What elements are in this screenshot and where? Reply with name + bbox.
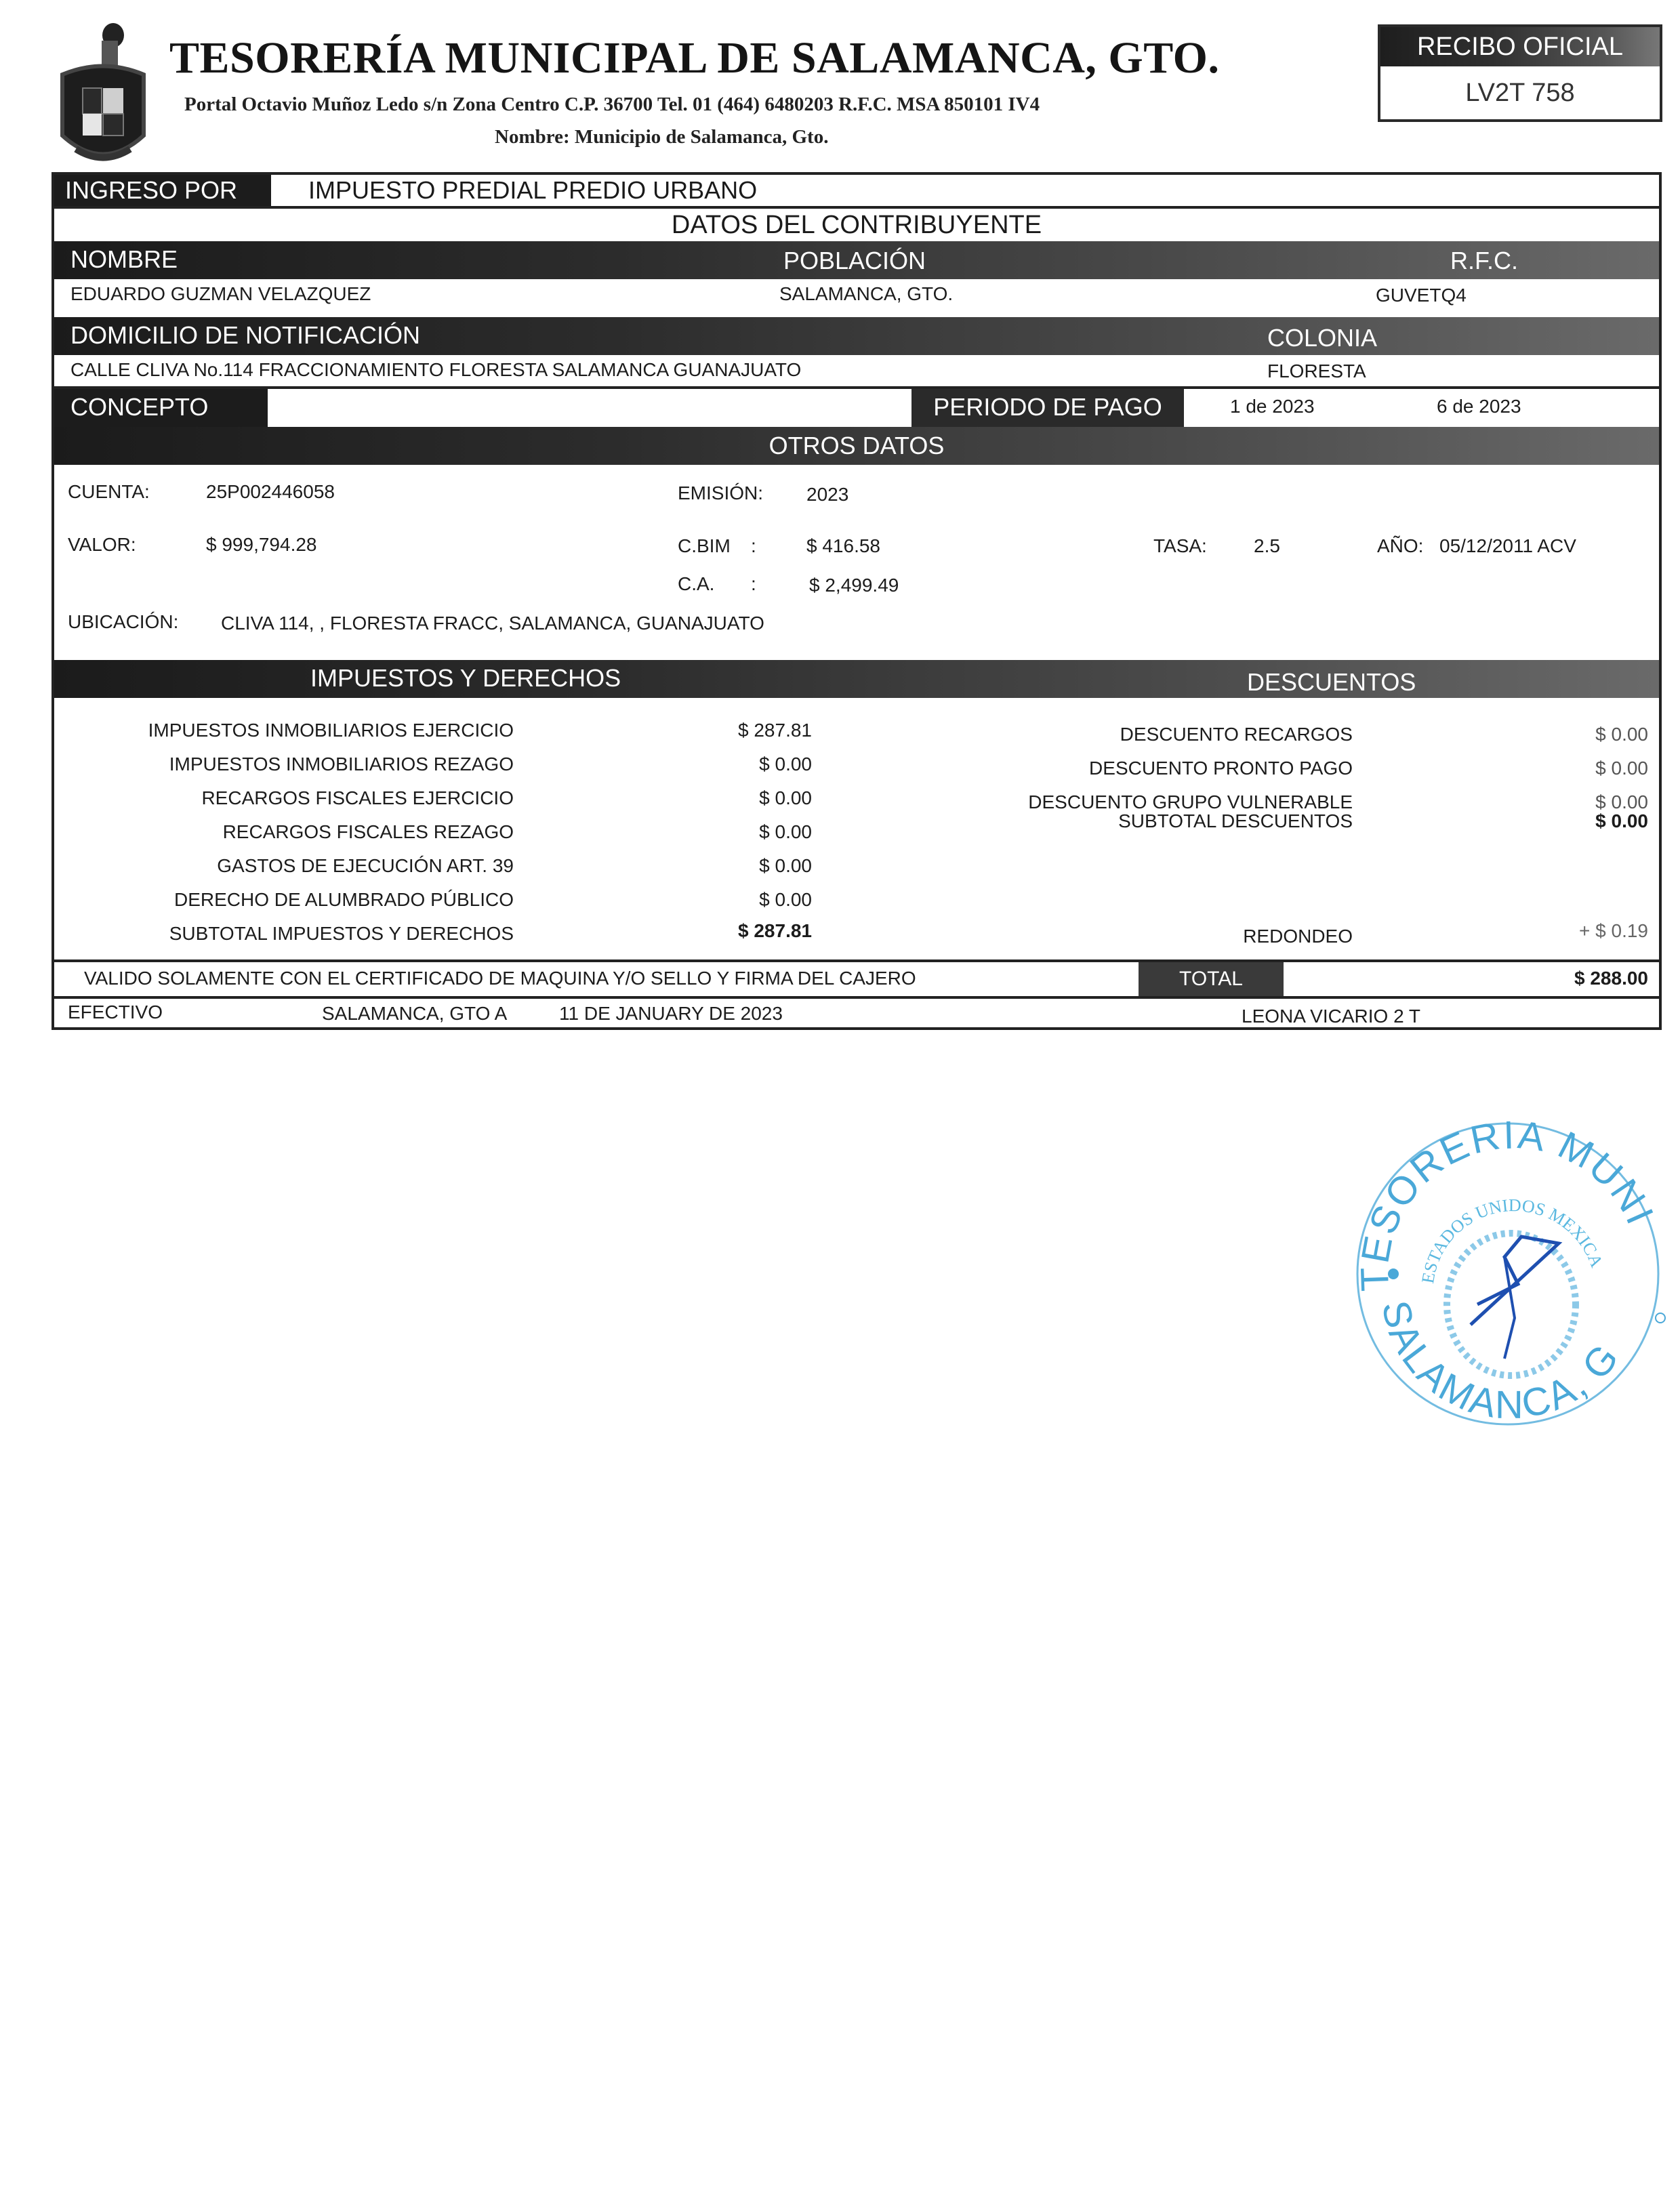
impuestos-subtotal-label: SUBTOTAL IMPUESTOS Y DERECHOS (169, 923, 514, 945)
cbim-value: $ 416.58 (806, 535, 880, 557)
periodo-label: PERIODO DE PAGO (911, 389, 1184, 427)
cuenta-label: CUENTA: (68, 481, 150, 503)
ingreso-value: IMPUESTO PREDIAL PREDIO URBANO (308, 175, 757, 206)
receipt-form: INGRESO POR IMPUESTO PREDIAL PREDIO URBA… (52, 172, 1662, 1030)
domicilio-header: DOMICILIO DE NOTIFICACIÓN (70, 317, 420, 354)
impuesto-amount: $ 0.00 (759, 754, 812, 775)
nombre-header: NOMBRE (70, 241, 178, 278)
impuesto-label: DERECHO DE ALUMBRADO PÚBLICO (174, 889, 514, 911)
domicilio-value: CALLE CLIVA No.114 FRACCIONAMIENTO FLORE… (70, 359, 801, 381)
descuento-label: DESCUENTO RECARGOS (1120, 724, 1353, 745)
impuestos-title: IMPUESTOS Y DERECHOS (310, 660, 621, 697)
impuesto-amount: $ 0.00 (759, 787, 812, 809)
concepto-label: CONCEPTO (54, 389, 268, 427)
cbim-colon: : (751, 535, 756, 557)
descuento-amount: $ 0.00 (1595, 724, 1648, 745)
emision-value: 2023 (806, 484, 848, 505)
descuentos-title: DESCUENTOS (1247, 664, 1416, 701)
issuer-name: Nombre: Municipio de Salamanca, Gto. (495, 126, 828, 148)
official-seal-icon: TESORERIA MUNICIPAL SALAMANCA, GTO ESTAD… (1342, 1101, 1667, 1453)
impuesto-amount: $ 0.00 (759, 855, 812, 877)
fecha-pago: 11 DE JANUARY DE 2023 (559, 1003, 783, 1025)
descuento-label: DESCUENTO PRONTO PAGO (1089, 758, 1353, 779)
ca-colon: : (751, 573, 756, 595)
domicilio-header-row: DOMICILIO DE NOTIFICACIÓN COLONIA (54, 317, 1659, 355)
impuesto-label: IMPUESTOS INMOBILIARIOS REZAGO (169, 754, 514, 775)
impuesto-amount: $ 0.00 (759, 821, 812, 843)
impuesto-label: RECARGOS FISCALES REZAGO (223, 821, 514, 843)
otros-datos-title: OTROS DATOS (54, 427, 1659, 465)
impuesto-label: RECARGOS FISCALES EJERCICIO (201, 787, 514, 809)
ingreso-label: INGRESO POR (54, 175, 271, 206)
receipt-number-box: RECIBO OFICIAL LV2T 758 (1378, 24, 1662, 122)
contribuyente-poblacion: SALAMANCA, GTO. (779, 283, 953, 305)
forma-pago: EFECTIVO (68, 1002, 163, 1023)
total-label: TOTAL (1139, 962, 1284, 996)
rfc-header: R.F.C. (1450, 243, 1518, 279)
poblacion-header: POBLACIÓN (783, 243, 926, 279)
ubicacion-label: UBICACIÓN: (68, 611, 178, 633)
impuestos-descuentos-header: IMPUESTOS Y DERECHOS DESCUENTOS (54, 660, 1659, 698)
tasa-label: TASA: (1153, 535, 1207, 557)
colonia-header: COLONIA (1267, 320, 1377, 356)
descuentos-subtotal-label: SUBTOTAL DESCUENTOS (1118, 810, 1353, 832)
periodo-fin: 6 de 2023 (1437, 396, 1521, 417)
periodo-inicio: 1 de 2023 (1230, 396, 1315, 417)
anio-value: 05/12/2011 ACV (1439, 535, 1576, 557)
impuesto-label: GASTOS DE EJECUCIÓN ART. 39 (217, 855, 514, 877)
total-value: $ 288.00 (1574, 968, 1648, 989)
cajero: LEONA VICARIO 2 T (1242, 1006, 1420, 1027)
impuesto-amount: $ 0.00 (759, 889, 812, 911)
ubicacion-value: CLIVA 114, , FLORESTA FRACC, SALAMANCA, … (221, 613, 764, 634)
issuer-address: Portal Octavio Muñoz Ledo s/n Zona Centr… (184, 94, 1040, 116)
contribuyente-rfc: GUVETQ4 (1376, 285, 1467, 306)
lugar: SALAMANCA, GTO A (322, 1003, 507, 1025)
descuentos-subtotal-value: $ 0.00 (1595, 810, 1648, 832)
concepto-value (268, 389, 911, 419)
ca-value: $ 2,499.49 (809, 575, 899, 596)
cbim-label: C.BIM (678, 535, 731, 557)
receipt-label: RECIBO OFICIAL (1380, 27, 1660, 66)
contribuyente-header-row: NOMBRE POBLACIÓN R.F.C. (54, 241, 1659, 279)
ca-label: C.A. (678, 573, 714, 595)
anio-label: AÑO: (1377, 535, 1423, 557)
colonia-value: FLORESTA (1267, 360, 1366, 382)
receipt-number: LV2T 758 (1380, 66, 1660, 119)
impuesto-amount: $ 287.81 (738, 720, 812, 741)
validez-note: VALIDO SOLAMENTE CON EL CERTIFICADO DE M… (84, 968, 916, 989)
contribuyente-nombre: EDUARDO GUZMAN VELAZQUEZ (70, 283, 371, 305)
redondeo-value: + $ 0.19 (1579, 920, 1648, 942)
impuestos-subtotal-value: $ 287.81 (738, 920, 812, 942)
impuesto-label: IMPUESTOS INMOBILIARIOS EJERCICIO (148, 720, 514, 741)
valor-value: $ 999,794.28 (206, 534, 317, 556)
emision-label: EMISIÓN: (678, 482, 763, 504)
contribuyente-title: DATOS DEL CONTRIBUYENTE (54, 209, 1659, 241)
descuento-amount: $ 0.00 (1595, 758, 1648, 779)
cuenta-value: 25P002446058 (206, 481, 335, 503)
coat-of-arms-icon (49, 20, 157, 176)
valor-label: VALOR: (68, 534, 136, 556)
redondeo-label: REDONDEO (1243, 926, 1353, 947)
issuer-title: TESORERÍA MUNICIPAL DE SALAMANCA, GTO. (169, 33, 1219, 84)
tasa-value: 2.5 (1254, 535, 1280, 557)
